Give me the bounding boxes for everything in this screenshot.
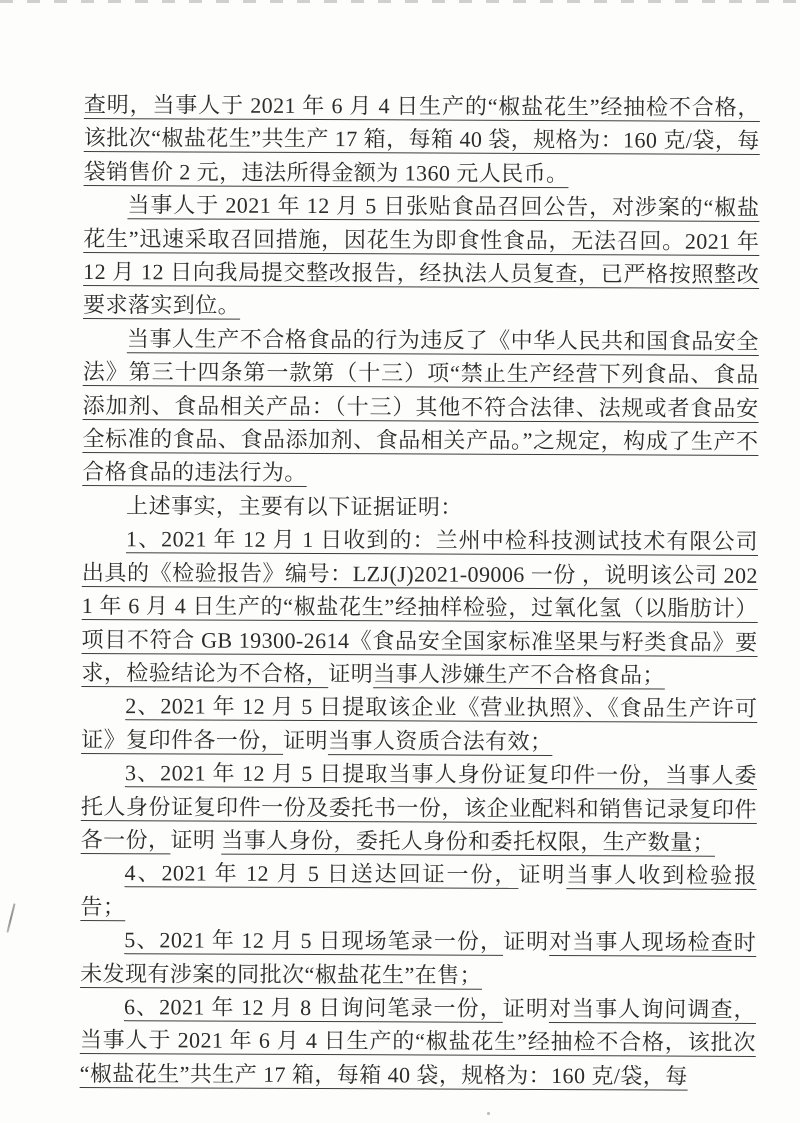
text-segment: 上述事实，主要有以下证据证明： (126, 493, 463, 519)
scan-speck (487, 1112, 490, 1115)
underlined-text-segment: 4、2021 年 12 月 5 日送达回证一份， (125, 861, 519, 888)
underlined-text-segment: 6、2021 年 12 月 8 日询问笔录一份， (124, 994, 503, 1021)
paragraph: 上述事实，主要有以下证据证明： (82, 489, 758, 525)
paragraph: 查明，当事人于 2021 年 6 月 4 日生产的“椒盐花生”经抽检不合格，该批… (84, 88, 760, 191)
underlined-text-segment: 5、2021 年 12 月 5 日现场笔录一份， (124, 927, 503, 954)
paragraph: 当事人生产不合格食品的行为违反了《中华人民共和国食品安全法》第三十四条第一款第（… (82, 322, 759, 492)
text-segment: 证明 (283, 728, 328, 753)
underlined-text-segment: 查明，当事人于 2021 年 6 月 4 日生产的“椒盐花生”经抽检不合格，该批… (84, 92, 760, 186)
underlined-text-segment: 当事人生产不合格食品的行为违反了《中华人民共和国食品安全法》第三十四条第一款第（… (82, 326, 759, 485)
paragraph: 3、2021 年 12 月 5 日提取当事人身份证复印件一份，当事人委托人身份证… (81, 756, 757, 859)
text-segment: 证明 (328, 661, 373, 686)
paragraph: 2、2021 年 12 月 5 日提取该企业《营业执照》、《食品生产许可证》复印… (81, 689, 757, 759)
paragraph: 6、2021 年 12 月 8 日询问笔录一份，证明对当事人询问调查，当事人于 … (80, 990, 756, 1093)
text-segment: 证明 (503, 929, 549, 954)
underlined-text-segment: 当事人身份，委托人身份和委托权限，生产数量； (221, 828, 715, 855)
paragraph: 4、2021 年 12 月 5 日送达回证一份，证明当事人收到检验报告； (80, 856, 756, 926)
paragraph: 1、2021 年 12 月 1 日收到的：兰州中检科技测试技术有限公司出具的《检… (81, 522, 758, 692)
paragraph: 当事人于 2021 年 12 月 5 日张贴食品召回公告，对涉案的“椒盐花生”迅… (83, 188, 760, 325)
document-page: 查明，当事人于 2021 年 6 月 4 日生产的“椒盐花生”经抽检不合格，该批… (0, 0, 800, 1123)
scan-top-edge-artifact (0, 0, 800, 3)
text-segment: 证明 (503, 996, 549, 1021)
underlined-text-segment: 当事人涉嫌生产不合格食品； (373, 661, 665, 687)
paragraph: 5、2021 年 12 月 5 日现场笔录一份，证明对当事人现场检查时未发现有涉… (80, 923, 756, 993)
document-body: 查明，当事人于 2021 年 6 月 4 日生产的“椒盐花生”经抽检不合格，该批… (80, 88, 760, 1093)
underlined-text-segment: 当事人资质合法有效； (328, 728, 553, 754)
scan-stray-mark (6, 903, 15, 933)
underlined-text-segment: 当事人于 2021 年 12 月 5 日张贴食品召回公告，对涉案的“椒盐花生”迅… (83, 192, 760, 318)
text-segment: 证明 (518, 862, 566, 887)
text-segment: 证明 (170, 827, 221, 852)
